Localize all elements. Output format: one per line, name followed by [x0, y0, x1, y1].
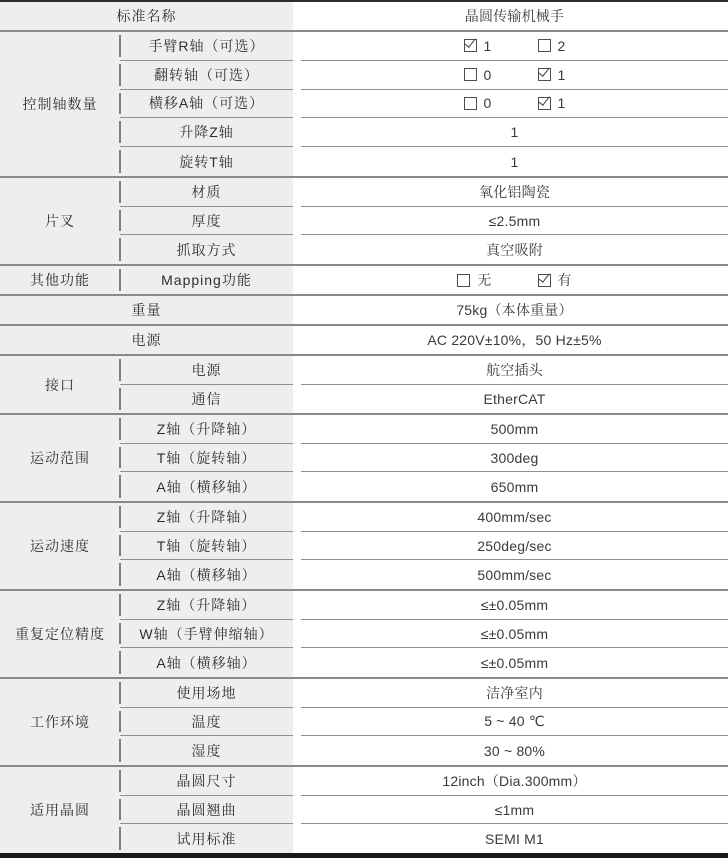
checkbox-option-label: 有 — [558, 270, 572, 290]
fullspan-block: 电源AC 220V±10%，50 Hz±5% — [0, 324, 728, 354]
checkbox-unchecked-icon — [464, 97, 477, 110]
group-cell: 运动速度 — [0, 503, 120, 589]
column-gap — [293, 620, 301, 649]
spec-table: 标准名称晶圆传输机械手控制轴数量手臂R轴（可选）12翻转轴（可选）01横移A轴（… — [0, 0, 728, 858]
checkbox-unchecked-icon — [464, 68, 477, 81]
spec-row: 电源航空插头 — [120, 356, 728, 385]
spec-row: 使用场地洁净室内 — [120, 679, 728, 708]
row-value: 12inch（Dia.300mm） — [301, 767, 728, 796]
spec-row: 翻转轴（可选）01 — [120, 61, 728, 90]
row-value: 400mm/sec — [301, 503, 728, 532]
row-value: 500mm — [301, 415, 728, 444]
group-cell: 工作环境 — [0, 679, 120, 765]
block-rows: 标准名称晶圆传输机械手 — [0, 2, 728, 30]
row-label: Z轴（升降轴） — [120, 591, 293, 620]
column-gap — [293, 679, 301, 708]
spec-row: 电源AC 220V±10%，50 Hz±5% — [0, 326, 728, 354]
checkbox-checked-icon — [464, 39, 477, 52]
checkbox-option-label: 0 — [484, 67, 492, 83]
checkbox-unchecked-icon — [538, 39, 551, 52]
row-value: 氧化铝陶瓷 — [301, 178, 728, 207]
group-cell: 适用晶圆 — [0, 767, 120, 853]
column-gap — [293, 32, 301, 61]
row-label: 电源 — [120, 356, 293, 385]
block-rows: Mapping功能无有 — [120, 266, 728, 294]
column-gap — [293, 767, 301, 796]
row-value: ≤±0.05mm — [301, 648, 728, 677]
spec-row: 湿度30 ~ 80% — [120, 736, 728, 765]
spec-row: A轴（横移轴）500mm/sec — [120, 560, 728, 589]
block-rows: 手臂R轴（可选）12翻转轴（可选）01横移A轴（可选）01升降Z轴1旋转T轴1 — [120, 32, 728, 176]
spec-row: 试用标准SEMI M1 — [120, 824, 728, 853]
row-value: ≤±0.05mm — [301, 620, 728, 649]
checkbox-option-label: 1 — [484, 38, 492, 54]
spec-row: 升降Z轴1 — [120, 118, 728, 147]
block-rows: 晶圆尺寸12inch（Dia.300mm）晶圆翘曲≤1mm试用标准SEMI M1 — [120, 767, 728, 853]
row-label: 标准名称 — [0, 2, 293, 30]
spec-row: 横移A轴（可选）01 — [120, 90, 728, 119]
group-block-8: 运动速度Z轴（升降轴）400mm/secT轴（旋转轴）250deg/secA轴（… — [0, 501, 728, 589]
column-gap — [293, 415, 301, 444]
spec-row: 厚度≤2.5mm — [120, 207, 728, 236]
row-label: W轴（手臂伸缩轴） — [120, 620, 293, 649]
row-value: ≤2.5mm — [301, 207, 728, 236]
row-label: A轴（横移轴） — [120, 472, 293, 501]
row-label: 晶圆尺寸 — [120, 767, 293, 796]
row-value: 650mm — [301, 472, 728, 501]
block-rows: 材质氧化铝陶瓷厚度≤2.5mm抓取方式真空吸附 — [120, 178, 728, 264]
column-gap — [293, 266, 301, 294]
spec-row: 晶圆翘曲≤1mm — [120, 796, 728, 825]
column-gap — [293, 648, 301, 677]
row-label: 手臂R轴（可选） — [120, 32, 293, 61]
block-rows: Z轴（升降轴）≤±0.05mmW轴（手臂伸缩轴）≤±0.05mmA轴（横移轴）≤… — [120, 591, 728, 677]
row-value: 75kg（本体重量） — [301, 296, 728, 324]
column-gap — [293, 532, 301, 561]
row-label: 使用场地 — [120, 679, 293, 708]
fullspan-block: 重量75kg（本体重量） — [0, 294, 728, 324]
row-value: 5 ~ 40 ℃ — [301, 708, 728, 737]
row-label: 横移A轴（可选） — [120, 90, 293, 119]
row-value: 01 — [301, 90, 728, 119]
row-label: T轴（旋转轴） — [120, 532, 293, 561]
checkbox-checked-icon — [538, 97, 551, 110]
spec-row: A轴（横移轴）650mm — [120, 472, 728, 501]
group-block-7: 运动范围Z轴（升降轴）500mmT轴（旋转轴）300degA轴（横移轴）650m… — [0, 413, 728, 501]
row-value: 12 — [301, 32, 728, 61]
row-label: 抓取方式 — [120, 235, 293, 264]
row-value: SEMI M1 — [301, 824, 728, 853]
row-value: AC 220V±10%，50 Hz±5% — [301, 326, 728, 354]
row-label: 电源 — [0, 326, 293, 354]
group-block-1: 控制轴数量手臂R轴（可选）12翻转轴（可选）01横移A轴（可选）01升降Z轴1旋… — [0, 30, 728, 176]
column-gap — [293, 235, 301, 264]
row-label: 材质 — [120, 178, 293, 207]
column-gap — [293, 118, 301, 147]
checkbox-checked-icon — [538, 68, 551, 81]
table-bottom-bar — [0, 853, 728, 858]
spec-row: Z轴（升降轴）400mm/sec — [120, 503, 728, 532]
checkbox-option: 无 — [457, 270, 491, 290]
spec-row: 材质氧化铝陶瓷 — [120, 178, 728, 207]
checkbox-option-label: 1 — [558, 95, 566, 111]
spec-row: 标准名称晶圆传输机械手 — [0, 2, 728, 30]
row-value: 晶圆传输机械手 — [301, 2, 728, 30]
group-block-2: 片叉材质氧化铝陶瓷厚度≤2.5mm抓取方式真空吸附 — [0, 176, 728, 264]
checkbox-unchecked-icon — [457, 274, 470, 287]
row-value: EtherCAT — [301, 385, 728, 414]
checkbox-option-group: 01 — [464, 67, 566, 83]
group-cell: 控制轴数量 — [0, 32, 120, 176]
spec-row: 重量75kg（本体重量） — [0, 296, 728, 324]
row-label: 升降Z轴 — [120, 118, 293, 147]
row-value: 1 — [301, 118, 728, 147]
spec-row: Z轴（升降轴）500mm — [120, 415, 728, 444]
group-block-3: 其他功能Mapping功能无有 — [0, 264, 728, 294]
column-gap — [293, 147, 301, 176]
checkbox-checked-icon — [538, 274, 551, 287]
column-gap — [293, 356, 301, 385]
row-label: Mapping功能 — [120, 266, 293, 294]
column-gap — [293, 326, 301, 354]
checkbox-option: 有 — [538, 270, 572, 290]
row-value: 300deg — [301, 444, 728, 473]
column-gap — [293, 296, 301, 324]
block-rows: 重量75kg（本体重量） — [0, 296, 728, 324]
block-rows: Z轴（升降轴）500mmT轴（旋转轴）300degA轴（横移轴）650mm — [120, 415, 728, 501]
spec-row: 温度5 ~ 40 ℃ — [120, 708, 728, 737]
checkbox-option: 1 — [538, 67, 566, 83]
column-gap — [293, 90, 301, 119]
column-gap — [293, 560, 301, 589]
row-label: 晶圆翘曲 — [120, 796, 293, 825]
group-cell: 接口 — [0, 356, 120, 413]
spec-row: 抓取方式真空吸附 — [120, 235, 728, 264]
spec-row: 晶圆尺寸12inch（Dia.300mm） — [120, 767, 728, 796]
group-cell: 片叉 — [0, 178, 120, 264]
checkbox-option: 0 — [464, 67, 492, 83]
spec-table-body: 标准名称晶圆传输机械手控制轴数量手臂R轴（可选）12翻转轴（可选）01横移A轴（… — [0, 2, 728, 853]
column-gap — [293, 2, 301, 30]
spec-row: T轴（旋转轴）250deg/sec — [120, 532, 728, 561]
checkbox-option-group: 12 — [464, 38, 566, 54]
column-gap — [293, 444, 301, 473]
row-value: 30 ~ 80% — [301, 736, 728, 765]
row-value: 无有 — [301, 266, 728, 294]
spec-row: Mapping功能无有 — [120, 266, 728, 294]
spec-row: Z轴（升降轴）≤±0.05mm — [120, 591, 728, 620]
row-value: 500mm/sec — [301, 560, 728, 589]
group-block-9: 重复定位精度Z轴（升降轴）≤±0.05mmW轴（手臂伸缩轴）≤±0.05mmA轴… — [0, 589, 728, 677]
column-gap — [293, 796, 301, 825]
column-gap — [293, 61, 301, 90]
column-gap — [293, 824, 301, 853]
checkbox-option: 1 — [538, 95, 566, 111]
row-value: 250deg/sec — [301, 532, 728, 561]
row-label: 重量 — [0, 296, 293, 324]
column-gap — [293, 591, 301, 620]
column-gap — [293, 736, 301, 765]
group-cell: 其他功能 — [0, 266, 120, 294]
checkbox-option-label: 2 — [558, 38, 566, 54]
group-cell: 运动范围 — [0, 415, 120, 501]
checkbox-option: 1 — [464, 38, 492, 54]
row-value: ≤1mm — [301, 796, 728, 825]
row-value: 1 — [301, 147, 728, 176]
spec-row: 旋转T轴1 — [120, 147, 728, 176]
row-value: 航空插头 — [301, 356, 728, 385]
row-label: 翻转轴（可选） — [120, 61, 293, 90]
column-gap — [293, 385, 301, 414]
row-value: 真空吸附 — [301, 235, 728, 264]
row-label: Z轴（升降轴） — [120, 415, 293, 444]
block-rows: 电源航空插头通信EtherCAT — [120, 356, 728, 413]
row-label: T轴（旋转轴） — [120, 444, 293, 473]
checkbox-option: 0 — [464, 95, 492, 111]
spec-row: T轴（旋转轴）300deg — [120, 444, 728, 473]
column-gap — [293, 207, 301, 236]
row-label: 温度 — [120, 708, 293, 737]
row-label: A轴（横移轴） — [120, 560, 293, 589]
row-label: 通信 — [120, 385, 293, 414]
row-value: 01 — [301, 61, 728, 90]
group-block-6: 接口电源航空插头通信EtherCAT — [0, 354, 728, 413]
block-rows: Z轴（升降轴）400mm/secT轴（旋转轴）250deg/secA轴（横移轴）… — [120, 503, 728, 589]
checkbox-option-label: 1 — [558, 67, 566, 83]
checkbox-option-group: 无有 — [457, 270, 571, 290]
block-rows: 使用场地洁净室内温度5 ~ 40 ℃湿度30 ~ 80% — [120, 679, 728, 765]
row-value: ≤±0.05mm — [301, 591, 728, 620]
checkbox-option-group: 01 — [464, 95, 566, 111]
checkbox-option-label: 无 — [477, 270, 491, 290]
column-gap — [293, 708, 301, 737]
column-gap — [293, 178, 301, 207]
row-label: 湿度 — [120, 736, 293, 765]
checkbox-option-label: 0 — [484, 95, 492, 111]
group-cell: 重复定位精度 — [0, 591, 120, 677]
spec-row: 手臂R轴（可选）12 — [120, 32, 728, 61]
block-rows: 电源AC 220V±10%，50 Hz±5% — [0, 326, 728, 354]
row-label: 厚度 — [120, 207, 293, 236]
column-gap — [293, 472, 301, 501]
spec-row: A轴（横移轴）≤±0.05mm — [120, 648, 728, 677]
row-label: A轴（横移轴） — [120, 648, 293, 677]
row-label: 旋转T轴 — [120, 147, 293, 176]
fullspan-block: 标准名称晶圆传输机械手 — [0, 2, 728, 30]
row-value: 洁净室内 — [301, 679, 728, 708]
group-block-11: 适用晶圆晶圆尺寸12inch（Dia.300mm）晶圆翘曲≤1mm试用标准SEM… — [0, 765, 728, 853]
row-label: 试用标准 — [120, 824, 293, 853]
spec-row: 通信EtherCAT — [120, 385, 728, 414]
column-gap — [293, 503, 301, 532]
checkbox-option: 2 — [538, 38, 566, 54]
spec-row: W轴（手臂伸缩轴）≤±0.05mm — [120, 620, 728, 649]
group-block-10: 工作环境使用场地洁净室内温度5 ~ 40 ℃湿度30 ~ 80% — [0, 677, 728, 765]
row-label: Z轴（升降轴） — [120, 503, 293, 532]
